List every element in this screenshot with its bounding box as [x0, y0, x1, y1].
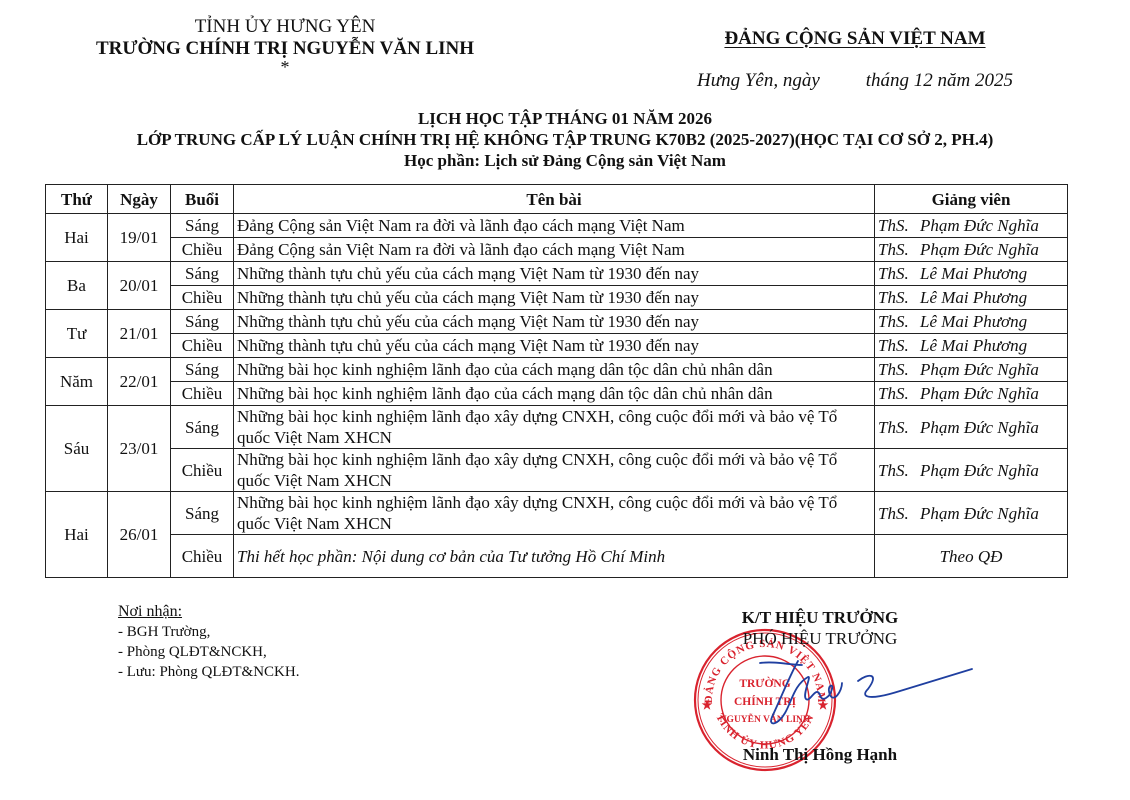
table-row: Sáu23/01SángNhững bài học kinh nghiệm lã…	[46, 406, 1068, 449]
cell-ten-bai: Thi hết học phần: Nội dung cơ bản của Tư…	[234, 535, 875, 578]
cell-ngay: 19/01	[108, 214, 171, 262]
cell-buoi: Chiều	[171, 334, 234, 358]
signatory-position: PHÓ HIỆU TRƯỞNG	[700, 628, 940, 649]
provincial-committee: TỈNH ỦY HƯNG YÊN	[60, 16, 510, 38]
lecturer-degree: ThS.	[878, 335, 920, 356]
header-ten-bai: Tên bài	[234, 185, 875, 214]
recipients-block: Nơi nhận: - BGH Trường, - Phòng QLĐT&NCK…	[118, 602, 299, 682]
recipient-item: - Phòng QLĐT&NCKH,	[118, 642, 299, 662]
cell-giang-vien: ThS.Phạm Đức Nghĩa	[875, 238, 1068, 262]
lecturer-degree: ThS.	[878, 359, 920, 380]
svg-text:★: ★	[702, 698, 713, 712]
lecturer-name: Lê Mai Phương	[920, 288, 1027, 307]
cell-thu: Sáu	[46, 406, 108, 492]
table-row: ChiềuThi hết học phần: Nội dung cơ bản c…	[46, 535, 1068, 578]
lecturer-degree: ThS.	[878, 503, 920, 524]
party-header: ĐẢNG CỘNG SẢN VIỆT NAM	[670, 28, 1040, 50]
table-row: Hai19/01SángĐảng Cộng sản Việt Nam ra đờ…	[46, 214, 1068, 238]
table-row: ChiềuĐảng Cộng sản Việt Nam ra đời và lã…	[46, 238, 1068, 262]
header-asterisk: *	[60, 60, 510, 74]
schedule-table: Thứ Ngày Buổi Tên bài Giảng viên Hai19/0…	[45, 184, 1068, 578]
recipient-item: - BGH Trường,	[118, 622, 299, 642]
cell-ten-bai: Đảng Cộng sản Việt Nam ra đời và lãnh đạ…	[234, 214, 875, 238]
cell-ten-bai: Những thành tựu chủ yếu của cách mạng Vi…	[234, 310, 875, 334]
cell-giang-vien: ThS.Phạm Đức Nghĩa	[875, 358, 1068, 382]
cell-buoi: Chiều	[171, 449, 234, 492]
signatory-role: K/T HIỆU TRƯỞNG	[700, 607, 940, 628]
lecturer-name: Lê Mai Phương	[920, 312, 1027, 331]
lecturer-name: Phạm Đức Nghĩa	[920, 216, 1039, 235]
cell-giang-vien: ThS.Lê Mai Phương	[875, 286, 1068, 310]
cell-ten-bai: Những thành tựu chủ yếu của cách mạng Vi…	[234, 262, 875, 286]
cell-thu: Hai	[46, 492, 108, 578]
cell-ten-bai: Những bài học kinh nghiệm lãnh đạo của c…	[234, 358, 875, 382]
cell-ngay: 20/01	[108, 262, 171, 310]
party-name: ĐẢNG CỘNG SẢN VIỆT NAM	[670, 28, 1040, 50]
cell-buoi: Chiều	[171, 238, 234, 262]
cell-giang-vien: ThS.Lê Mai Phương	[875, 262, 1068, 286]
lecturer-name: Lê Mai Phương	[920, 264, 1027, 283]
cell-buoi: Chiều	[171, 382, 234, 406]
header-buoi: Buổi	[171, 185, 234, 214]
cell-ngay: 26/01	[108, 492, 171, 578]
cell-giang-vien: ThS.Phạm Đức Nghĩa	[875, 382, 1068, 406]
table-row: ChiềuNhững bài học kinh nghiệm lãnh đạo …	[46, 449, 1068, 492]
table-row: ChiềuNhững bài học kinh nghiệm lãnh đạo …	[46, 382, 1068, 406]
date-month-year: tháng 12 năm 2025	[866, 70, 1013, 91]
signatory-name: Ninh Thị Hồng Hạnh	[700, 745, 940, 765]
cell-buoi: Sáng	[171, 262, 234, 286]
lecturer-degree: ThS.	[878, 460, 920, 481]
lecturer-name: Phạm Đức Nghĩa	[920, 418, 1039, 437]
cell-ngay: 22/01	[108, 358, 171, 406]
cell-thu: Năm	[46, 358, 108, 406]
lecturer-degree: ThS.	[878, 311, 920, 332]
class-title: LỚP TRUNG CẤP LÝ LUẬN CHÍNH TRỊ HỆ KHÔNG…	[0, 129, 1130, 150]
recipient-item: - Lưu: Phòng QLĐT&NCKH.	[118, 662, 299, 682]
table-row: Năm22/01SángNhững bài học kinh nghiệm lã…	[46, 358, 1068, 382]
table-row: ChiềuNhững thành tựu chủ yếu của cách mạ…	[46, 334, 1068, 358]
cell-ten-bai: Những thành tựu chủ yếu của cách mạng Vi…	[234, 334, 875, 358]
lecturer-degree: ThS.	[878, 383, 920, 404]
signatory-title: K/T HIỆU TRƯỞNG PHÓ HIỆU TRƯỞNG	[700, 607, 940, 649]
date-place: Hưng Yên, ngày	[697, 70, 820, 91]
lecturer-degree: ThS.	[878, 263, 920, 284]
cell-thu: Hai	[46, 214, 108, 262]
cell-giang-vien: ThS.Phạm Đức Nghĩa	[875, 214, 1068, 238]
lecturer-degree: ThS.	[878, 239, 920, 260]
cell-ten-bai: Những thành tựu chủ yếu của cách mạng Vi…	[234, 286, 875, 310]
table-row: ChiềuNhững thành tựu chủ yếu của cách mạ…	[46, 286, 1068, 310]
issuing-authority: TỈNH ỦY HƯNG YÊN TRƯỜNG CHÍNH TRỊ NGUYỄN…	[60, 16, 510, 74]
cell-ten-bai: Đảng Cộng sản Việt Nam ra đời và lãnh đạ…	[234, 238, 875, 262]
table-row: Ba20/01SángNhững thành tựu chủ yếu của c…	[46, 262, 1068, 286]
place-date: Hưng Yên, ngàytháng 12 năm 2025	[660, 70, 1050, 92]
lecturer-degree: ThS.	[878, 417, 920, 438]
cell-giang-vien: ThS.Phạm Đức Nghĩa	[875, 449, 1068, 492]
header-ngay: Ngày	[108, 185, 171, 214]
table-row: Tư21/01SángNhững thành tựu chủ yếu của c…	[46, 310, 1068, 334]
table-header-row: Thứ Ngày Buổi Tên bài Giảng viên	[46, 185, 1068, 214]
table-row: Hai26/01SángNhững bài học kinh nghiệm lã…	[46, 492, 1068, 535]
cell-ngay: 21/01	[108, 310, 171, 358]
cell-buoi: Sáng	[171, 358, 234, 382]
lecturer-name: Phạm Đức Nghĩa	[920, 461, 1039, 480]
cell-buoi: Sáng	[171, 406, 234, 449]
cell-buoi: Sáng	[171, 310, 234, 334]
cell-thu: Ba	[46, 262, 108, 310]
lecturer-name: Phạm Đức Nghĩa	[920, 360, 1039, 379]
lecturer-name: Phạm Đức Nghĩa	[920, 384, 1039, 403]
cell-giang-vien: ThS.Lê Mai Phương	[875, 334, 1068, 358]
cell-buoi: Sáng	[171, 492, 234, 535]
recipients-heading: Nơi nhận:	[118, 602, 299, 622]
lecturer-degree: ThS.	[878, 215, 920, 236]
document-title: LỊCH HỌC TẬP THÁNG 01 NĂM 2026	[0, 108, 1130, 129]
lecturer-name: Phạm Đức Nghĩa	[920, 504, 1039, 523]
cell-buoi: Chiều	[171, 535, 234, 578]
cell-ten-bai: Những bài học kinh nghiệm lãnh đạo xây d…	[234, 449, 875, 492]
cell-ten-bai: Những bài học kinh nghiệm lãnh đạo xây d…	[234, 492, 875, 535]
cell-ngay: 23/01	[108, 406, 171, 492]
lecturer-name: Phạm Đức Nghĩa	[920, 240, 1039, 259]
handwritten-signature	[750, 655, 980, 735]
cell-giang-vien: ThS.Phạm Đức Nghĩa	[875, 406, 1068, 449]
cell-giang-vien: Theo QĐ	[875, 535, 1068, 578]
cell-buoi: Chiều	[171, 286, 234, 310]
cell-giang-vien: ThS.Phạm Đức Nghĩa	[875, 492, 1068, 535]
cell-ten-bai: Những bài học kinh nghiệm lãnh đạo xây d…	[234, 406, 875, 449]
cell-ten-bai: Những bài học kinh nghiệm lãnh đạo của c…	[234, 382, 875, 406]
cell-buoi: Sáng	[171, 214, 234, 238]
document-titles: LỊCH HỌC TẬP THÁNG 01 NĂM 2026 LỚP TRUNG…	[0, 108, 1130, 172]
module-title: Học phần: Lịch sử Đảng Cộng sản Việt Nam	[0, 150, 1130, 172]
header-giang-vien: Giảng viên	[875, 185, 1068, 214]
lecturer-degree: ThS.	[878, 287, 920, 308]
cell-giang-vien: ThS.Lê Mai Phương	[875, 310, 1068, 334]
header-thu: Thứ	[46, 185, 108, 214]
lecturer-name: Theo QĐ	[940, 547, 1003, 566]
cell-thu: Tư	[46, 310, 108, 358]
lecturer-name: Lê Mai Phương	[920, 336, 1027, 355]
